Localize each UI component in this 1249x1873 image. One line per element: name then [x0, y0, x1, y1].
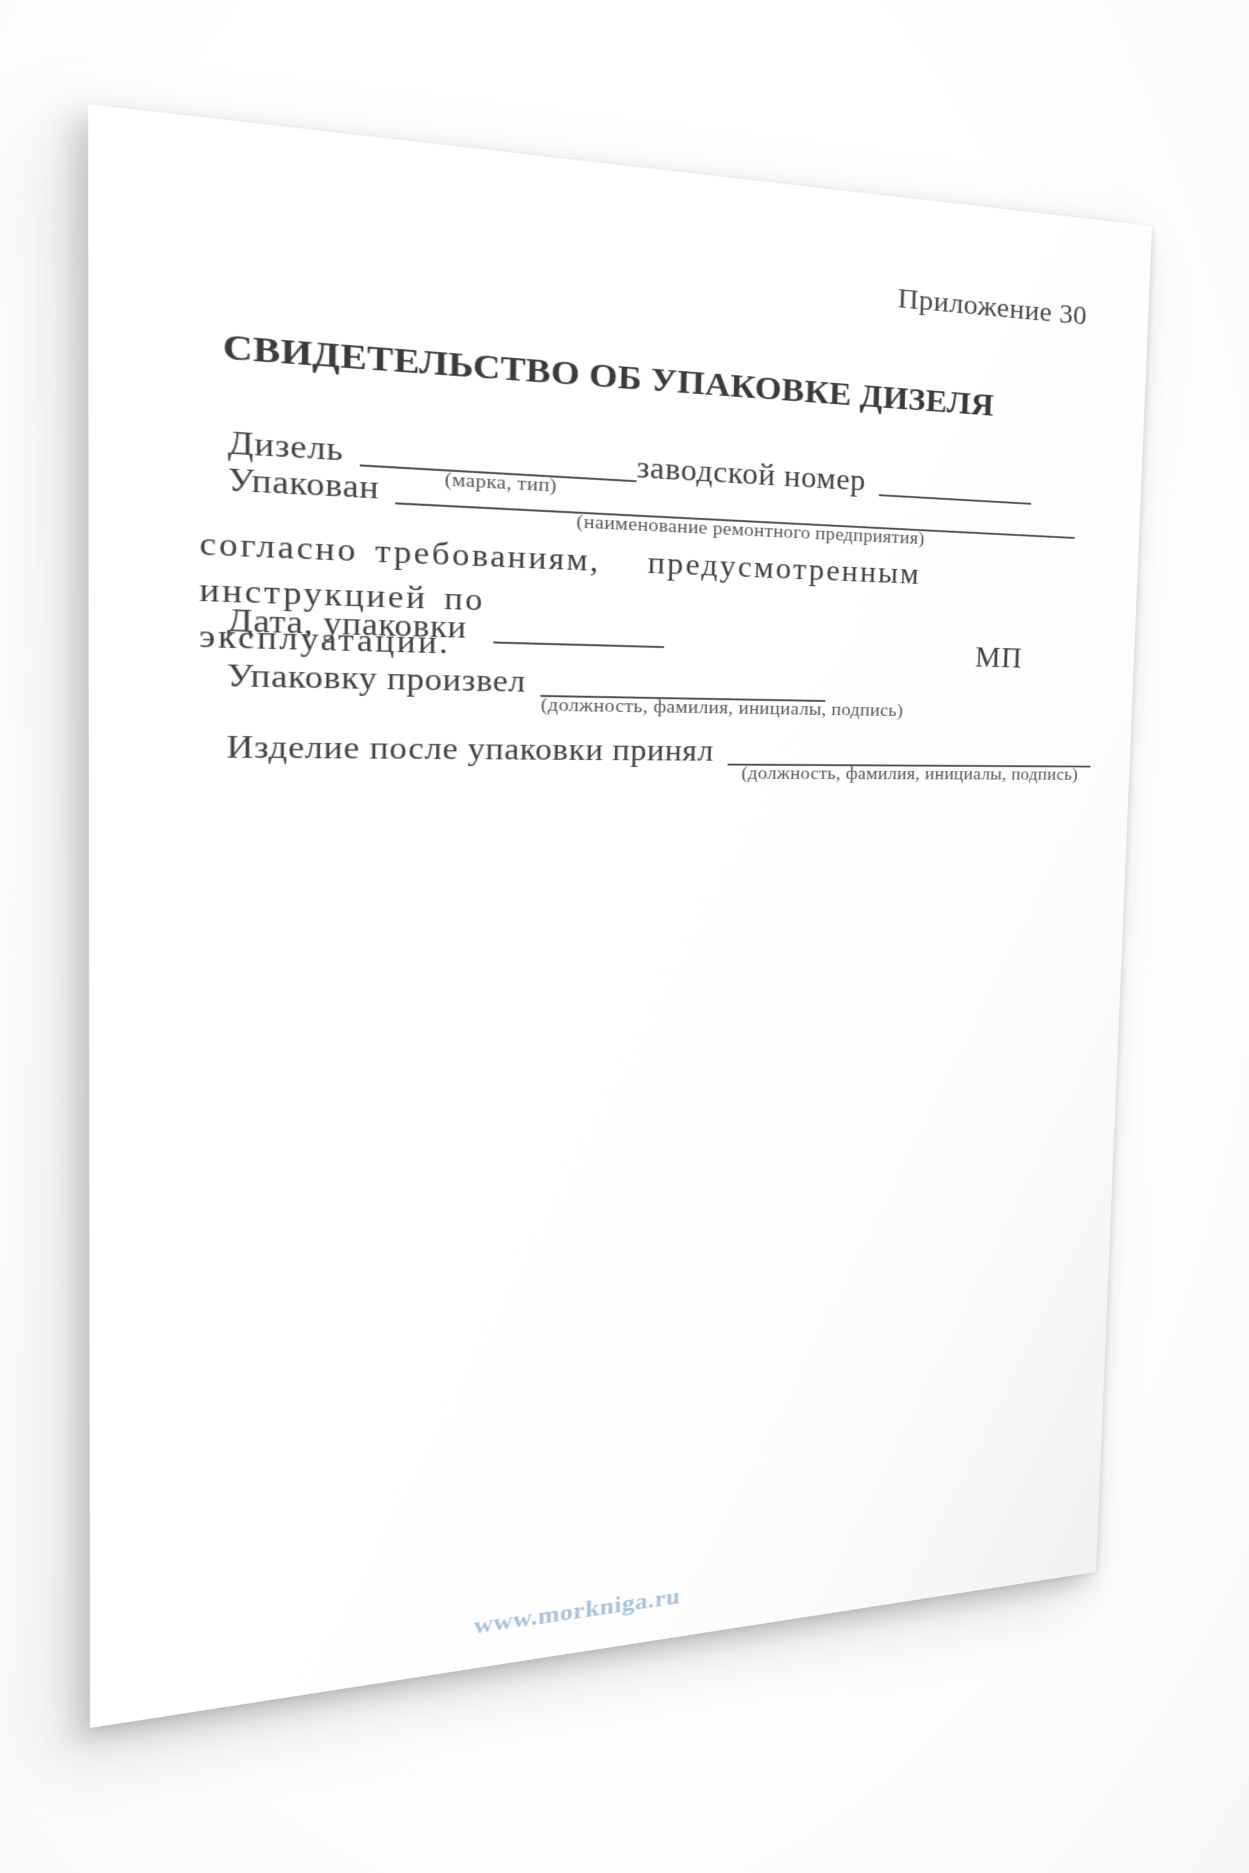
packer-caption: (должность, фамилия, инициалы, подпись) [541, 695, 826, 720]
appendix-note: Приложение 30 [897, 281, 1087, 332]
packing-date-label: Дата, упаковки [227, 602, 467, 646]
watermark: www.morkniga.ru [443, 1579, 709, 1645]
document-page: Приложение 30 СВИДЕТЕЛЬСТВО ОБ УПАКОВКЕ … [88, 104, 1152, 1728]
stamp-place-mark: МП [975, 641, 1024, 675]
packed-label: Упакован [228, 461, 380, 507]
packer-blank-field: (должность, фамилия, инициалы, подпись) [541, 669, 827, 702]
acceptor-row: Изделие после упаковки принял (должность… [226, 729, 1066, 771]
packing-date-blank-field [493, 615, 664, 647]
photo-background: Приложение 30 СВИДЕТЕЛЬСТВО ОБ УПАКОВКЕ … [0, 0, 1249, 1873]
packer-label: Упаковку произвел [227, 657, 526, 700]
acceptor-blank-field: (должность, фамилия, инициалы, подпись) [728, 739, 1092, 767]
acceptor-caption: (должность, фамилия, инициалы, подпись) [727, 763, 1090, 784]
acceptor-label: Изделие после упаковки принял [226, 729, 714, 769]
document-title: СВИДЕТЕЛЬСТВО ОБ УПАКОВКЕ ДИЗЕЛЯ [88, 316, 1092, 432]
